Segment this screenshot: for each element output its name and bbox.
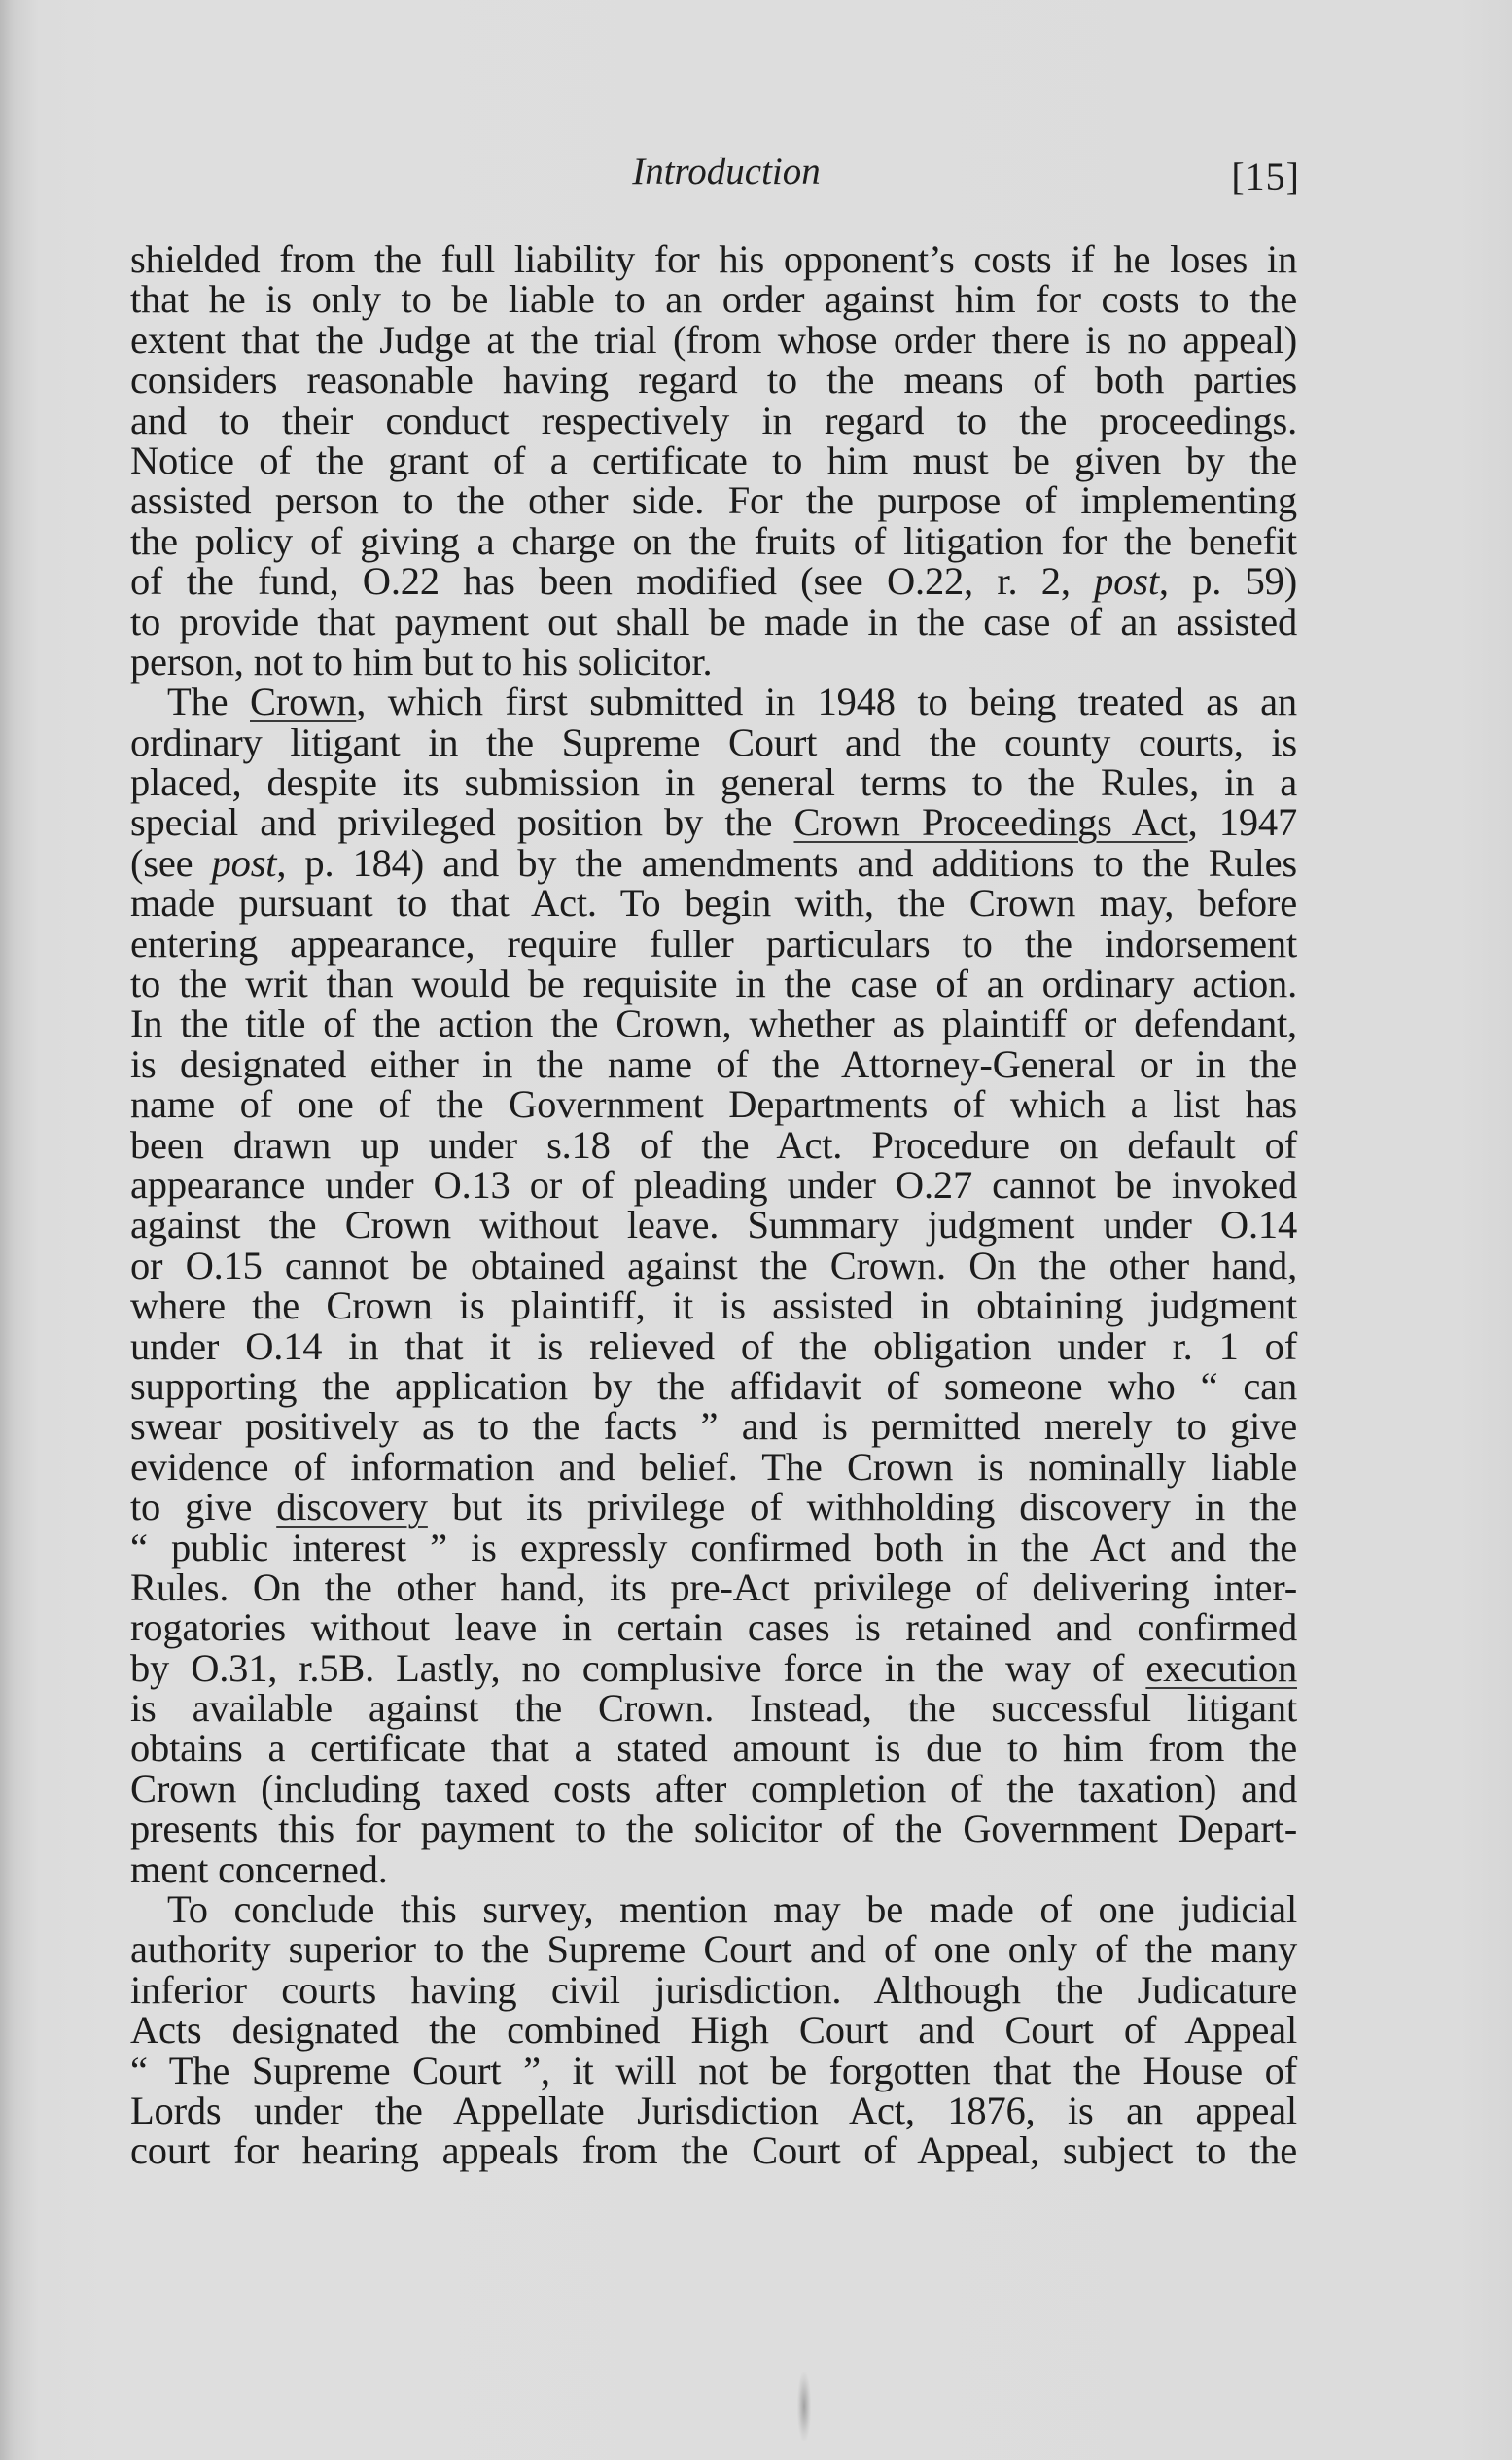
text-line: ment concerned. — [130, 1849, 1297, 1889]
text-run: of the fund, O.22 has been modified (see… — [130, 559, 1094, 603]
text-line: of the fund, O.22 has been modified (see… — [130, 561, 1297, 601]
text-run: but its privilege of withholding discove… — [428, 1485, 1297, 1529]
text-line: Lords under the Appellate Jurisdiction A… — [130, 2091, 1297, 2130]
text-line: extent that the Judge at the trial (from… — [130, 320, 1297, 360]
text-line: to give discovery but its privilege of w… — [130, 1487, 1297, 1527]
text-line: “ public interest ” is expressly confirm… — [130, 1528, 1297, 1567]
text-line: or O.15 cannot be obtained against the C… — [130, 1246, 1297, 1285]
text-line: supporting the application by the affida… — [130, 1366, 1297, 1406]
running-header: Introduction [15] — [133, 148, 1300, 196]
paragraph-2: The Crown, which first submitted in 1948… — [130, 682, 1297, 1889]
paragraph-3: To conclude this survey, mention may be … — [130, 1889, 1297, 2171]
text-line: Notice of the grant of a certificate to … — [130, 440, 1297, 480]
text-line: assisted person to the other side. For t… — [130, 480, 1297, 520]
text-run: , which first submitted in 1948 to being… — [356, 680, 1297, 723]
text-line: Crown (including taxed costs after compl… — [130, 1769, 1297, 1809]
text-line: and to their conduct respectively in reg… — [130, 401, 1297, 440]
text-line: considers reasonable having regard to th… — [130, 360, 1297, 400]
text-line: under O.14 in that it is relieved of the… — [130, 1326, 1297, 1366]
text-run: by O.31, r.5B. Lastly, no complusive for… — [130, 1646, 1145, 1690]
running-title: Introduction — [153, 150, 1300, 193]
text-line: that he is only to be liable to an order… — [130, 279, 1297, 319]
page-number: [15] — [1231, 154, 1300, 199]
underlined-execution: execution — [1145, 1646, 1297, 1690]
text-line: In the title of the action the Crown, wh… — [130, 1003, 1297, 1043]
text-run: , p. 184) and by the amendments and addi… — [276, 841, 1297, 885]
text-line: inferior courts having civil jurisdictio… — [130, 1970, 1297, 2010]
text-line: obtains a certificate that a stated amou… — [130, 1728, 1297, 1768]
text-line: Rules. On the other hand, its pre-Act pr… — [130, 1567, 1297, 1607]
text-line: ordinary litigant in the Supreme Court a… — [130, 722, 1297, 762]
text-line: against the Crown without leave. Summary… — [130, 1205, 1297, 1245]
underlined-crown-proceedings-act: Crown Proceedings Act — [793, 800, 1187, 844]
body-text: shielded from the full liability for his… — [130, 239, 1297, 2171]
ink-smudge — [797, 2372, 811, 2441]
paragraph-1: shielded from the full liability for his… — [130, 239, 1297, 682]
text-line: been drawn up under s.18 of the Act. Pro… — [130, 1125, 1297, 1165]
book-page: Introduction [15] shielded from the full… — [0, 0, 1512, 2460]
text-line: presents this for payment to the solicit… — [130, 1809, 1297, 1848]
text-line: where the Crown is plaintiff, it is assi… — [130, 1285, 1297, 1325]
text-run: special and privileged position by the — [130, 800, 793, 844]
italic-post: post — [1094, 559, 1159, 603]
text-line: is available against the Crown. Instead,… — [130, 1688, 1297, 1728]
underlined-crown: Crown — [250, 680, 356, 723]
text-line: appearance under O.13 or of pleading und… — [130, 1165, 1297, 1205]
text-line: The Crown, which first submitted in 1948… — [130, 682, 1297, 721]
text-run: , 1947 — [1188, 800, 1297, 844]
text-line: entering appearance, require fuller part… — [130, 924, 1297, 964]
text-line: evidence of information and belief. The … — [130, 1447, 1297, 1487]
text-line: to the writ than would be requisite in t… — [130, 964, 1297, 1003]
text-line: is designated either in the name of the … — [130, 1044, 1297, 1084]
text-line: to provide that payment out shall be mad… — [130, 602, 1297, 642]
text-line: rogatories without leave in certain case… — [130, 1607, 1297, 1647]
text-line: name of one of the Government Department… — [130, 1084, 1297, 1124]
text-line: special and privileged position by the C… — [130, 802, 1297, 842]
text-line: Acts designated the combined High Court … — [130, 2010, 1297, 2050]
italic-post: post — [212, 841, 277, 885]
text-run: to give — [130, 1485, 276, 1529]
text-line: authority superior to the Supreme Court … — [130, 1929, 1297, 1969]
text-line: “ The Supreme Court ”, it will not be fo… — [130, 2051, 1297, 2091]
text-line: (see post, p. 184) and by the amendments… — [130, 843, 1297, 883]
text-line: placed, despite its submission in genera… — [130, 762, 1297, 802]
text-line: court for hearing appeals from the Court… — [130, 2130, 1297, 2170]
text-run: (see — [130, 841, 212, 885]
text-line: swear positively as to the facts ” and i… — [130, 1406, 1297, 1446]
text-line: shielded from the full liability for his… — [130, 239, 1297, 279]
text-run: , p. 59) — [1159, 559, 1297, 603]
underlined-discovery: discovery — [276, 1485, 428, 1529]
text-line: by O.31, r.5B. Lastly, no complusive for… — [130, 1648, 1297, 1688]
text-line: the policy of giving a charge on the fru… — [130, 521, 1297, 561]
text-line: person, not to him but to his solicitor. — [130, 642, 1297, 682]
text-run: The — [167, 680, 250, 723]
text-line: To conclude this survey, mention may be … — [130, 1889, 1297, 1929]
text-line: made pursuant to that Act. To begin with… — [130, 883, 1297, 923]
